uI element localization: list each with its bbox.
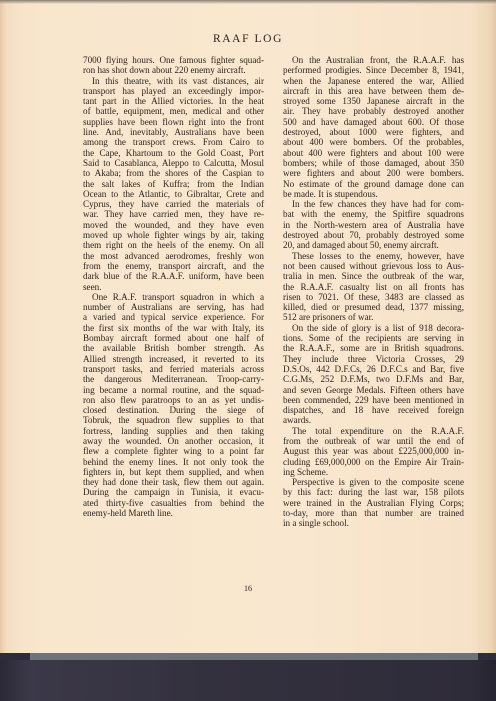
text-line: the most advanced aerodromes, freshly wo… (83, 251, 264, 261)
text-line: In this theatre, with its vast distances… (83, 76, 264, 86)
text-line: In the few chances they have had for com… (283, 199, 464, 209)
text-line: destroyed about 70, probably destroyed s… (283, 230, 464, 240)
text-line: destroyed, about 1000 were fighters, and (283, 127, 464, 137)
text-line: seen. (83, 282, 264, 292)
text-line: war. They have carried men, they have re… (83, 209, 264, 219)
text-line: performed prodigies. Since December 8, 1… (283, 65, 464, 75)
text-line: 7000 flying hours. One famous fighter sq… (83, 55, 264, 65)
text-line: enemy-held Mareth line. (83, 508, 264, 518)
text-line: They include three Victoria Crosses, 29 (283, 354, 464, 364)
text-line: the first six months of the war with Ita… (83, 323, 264, 333)
text-line: the R.A.A.F. casualty list on all fronts… (283, 282, 464, 292)
text-line: ing Scheme. (283, 467, 464, 477)
text-line: flew a complete fighter wing to a point … (83, 446, 264, 456)
text-line: ated thirty-five casualties from behind … (83, 498, 264, 508)
text-line: behind the enemy lines. It not only took… (83, 457, 264, 467)
text-line: supplies have been flown right into the … (83, 117, 264, 127)
text-line: Cyprus, they have carried the materials … (83, 199, 264, 209)
text-line: were fighters and about 200 were bombers… (283, 168, 464, 178)
text-line: ron has shot down about 220 enemy aircra… (83, 65, 264, 75)
scanned-page: RAAF LOG 7000 flying hours. One famous f… (0, 0, 496, 653)
text-line: August this year was about £225,000,000 … (283, 446, 464, 456)
text-line: them right on the heels of the enemy. On… (83, 240, 264, 250)
text-line: bombers; while of those damaged, about 3… (283, 158, 464, 168)
text-line: air. They have probably destroyed anothe… (283, 106, 464, 116)
text-line: a varied and typical service experience.… (83, 312, 264, 322)
text-line: ron also flew paratroops to an as yet un… (83, 395, 264, 405)
text-line: tions. Some of the recipients are servin… (283, 333, 464, 343)
text-line: ing became a normal routine, and the squ… (83, 385, 264, 395)
text-line: Allied strength increased, it reverted t… (83, 354, 264, 364)
text-line: killed, died or presumed dead, 1377 miss… (283, 302, 464, 312)
text-line: moved the wounded, and they have even (83, 220, 264, 230)
text-line: not been caused without grievous loss to… (283, 261, 464, 271)
text-line: the available British bomber strength. A… (83, 343, 264, 353)
page-number: 16 (0, 584, 496, 593)
text-line: of battle, equipment, men, medical and o… (83, 106, 264, 116)
text-line: number of Australians are serving, has h… (83, 302, 264, 312)
text-line: to-day, more than that number are traine… (283, 508, 464, 518)
text-line: fighters in, but kept them supplied, and… (83, 467, 264, 477)
text-line: when the Japanese entered the war, Allie… (283, 76, 464, 86)
text-line: During the campaign in Tunisia, it evacu… (83, 487, 264, 497)
text-line: the dangerous Mediterranean. Troop-carry… (83, 374, 264, 384)
text-line: No estimate of the ground damage done ca… (283, 179, 464, 189)
text-line: stroyed some 1350 Japanese aircraft in t… (283, 96, 464, 106)
page-edge-strip (30, 653, 478, 660)
text-line: tant part in the Allied victories. In th… (83, 96, 264, 106)
text-line: transport tasks, and ferried materials a… (83, 364, 264, 374)
text-line: and seven George Medals. Fifteen others … (283, 385, 464, 395)
text-line: dark blue of the R.A.A.F. uniform, have … (83, 271, 264, 281)
text-line: about 400 were fighters and about 100 we… (283, 148, 464, 158)
text-line: to Akaba; from the shores of the Caspian… (83, 168, 264, 178)
text-line: closed destination. During the siege of (83, 405, 264, 415)
running-header: RAAF LOG (0, 33, 496, 45)
text-line: awards. (283, 415, 464, 425)
text-line: in a single school. (283, 518, 464, 528)
text-line: One R.A.F. transport squadron in which a (83, 292, 264, 302)
text-line: the Cape, Khartoum to the Gold Coast, Po… (83, 148, 264, 158)
text-line: Bombay aircraft formed about one half of (83, 333, 264, 343)
right-column: On the Australian front, the R.A.A.F. ha… (283, 55, 464, 529)
text-line: fortress, landing supplies and then taki… (83, 426, 264, 436)
text-line: they had done their task, flew them out … (83, 477, 264, 487)
text-line: aircraft in this area have between them … (283, 86, 464, 96)
text-line: Perspective is given to the composite sc… (283, 477, 464, 487)
text-line: C.G.Ms, 252 D.F.Ms, two D.F.Ms and Bar, (283, 374, 464, 384)
text-line: about 400 were bombers. Of the probables… (283, 137, 464, 147)
text-line: Said to Casablanca, Aleppo to Calcutta, … (83, 158, 264, 168)
text-line: On the Australian front, the R.A.A.F. ha… (283, 55, 464, 65)
text-line: These losses to the enemy, however, have (283, 251, 464, 261)
text-line: transport has played an exceedingly impo… (83, 86, 264, 96)
text-line: were trained in the Australian Flying Co… (283, 498, 464, 508)
text-line: from the enemy, transport aircraft, and … (83, 261, 264, 271)
text-line: The total expenditure on the R.A.A.F. (283, 426, 464, 436)
text-line: 512 are prisoners of war. (283, 312, 464, 322)
text-line: dispatches, and 18 have received foreign (283, 405, 464, 415)
text-line: On the side of glory is a list of 918 de… (283, 323, 464, 333)
text-line: among the transport crews. From Cairo to (83, 137, 264, 147)
text-line: moved up whole fighter wings by air, tak… (83, 230, 264, 240)
text-line: 20, and damaged about 50, enemy aircraft… (283, 240, 464, 250)
text-line: been commended, 229 have been mentioned … (283, 395, 464, 405)
text-line: bat with the enemy, the Spitfire squadro… (283, 209, 464, 219)
text-line: Ocean to the Atlantic, to Gibraltar, Cre… (83, 189, 264, 199)
text-line: from the outbreak of war until the end o… (283, 436, 464, 446)
text-line: the salt lakes of Kuffra; from the India… (83, 179, 264, 189)
text-line: be made. It is stupendous. (283, 189, 464, 199)
text-line: by this fact: during the last war, 158 p… (283, 487, 464, 497)
text-line: 500 and have damaged about 600. Of those (283, 117, 464, 127)
left-column: 7000 flying hours. One famous fighter sq… (83, 55, 264, 518)
text-line: the R.A.A.F., some are in British squadr… (283, 343, 464, 353)
text-line: D.S.Os, 442 D.F.Cs, 26 D.F.C.s and Bar, … (283, 364, 464, 374)
scanner-background (0, 660, 496, 701)
text-line: Tobruk, the squadron flew supplies to th… (83, 415, 264, 425)
text-line: in the North-western area of Australia h… (283, 220, 464, 230)
text-line: away the wounded. On another occasion, i… (83, 436, 264, 446)
text-line: line. And, inevitably, Australians have … (83, 127, 264, 137)
text-line: risen to 7021. Of these, 3483 are classe… (283, 292, 464, 302)
text-line: tralia in men. Since the outbreak of the… (283, 271, 464, 281)
text-line: cluding £69,000,000 on the Empire Air Tr… (283, 457, 464, 467)
